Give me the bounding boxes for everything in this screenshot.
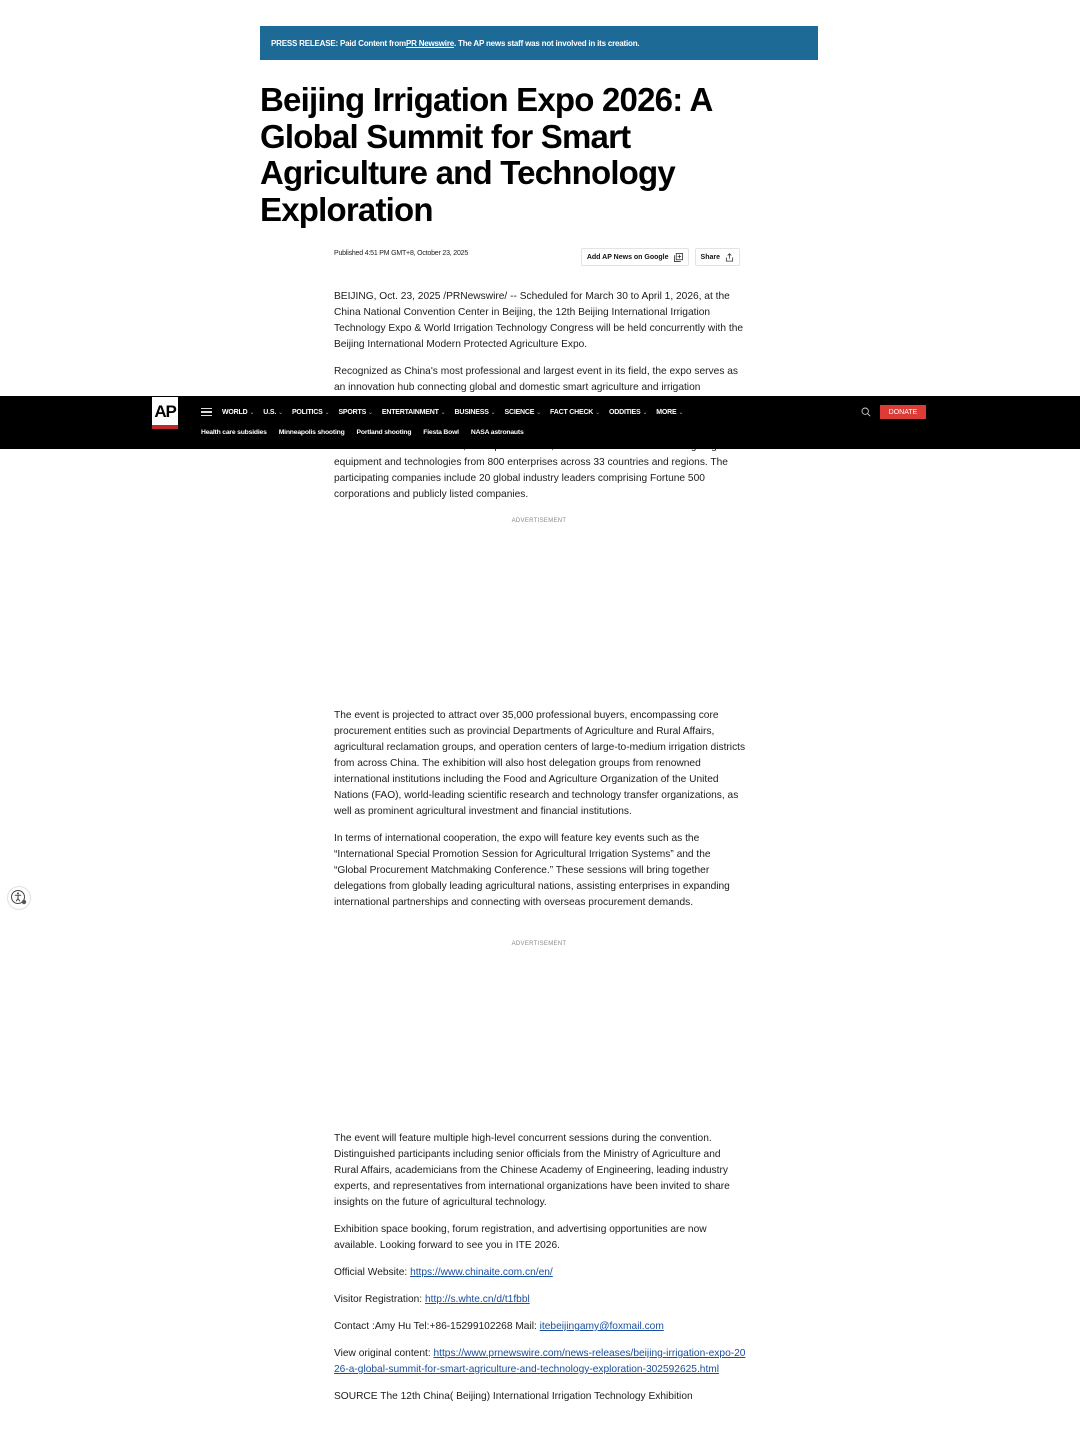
article-body-top: BEIJING, Oct. 23, 2025 /PRNewswire/ -- S… [334,289,746,407]
pr-newswire-link[interactable]: PR Newswire [406,39,454,48]
paragraph: Exhibition space booking, forum registra… [334,1222,746,1254]
chevron-down-icon: ⌄ [679,409,684,416]
paragraph: The event will feature multiple high-lev… [334,1131,746,1211]
nav-science[interactable]: SCIENCE⌄ [505,409,542,416]
banner-prefix: PRESS RELEASE: Paid Content from [271,39,406,48]
nav-politics[interactable]: POLITICS⌄ [292,409,330,416]
accessibility-icon [10,889,28,907]
paragraph: In terms of international cooperation, t… [334,831,746,911]
trending-link[interactable]: Health care subsidies [201,429,267,436]
meta-actions: Add AP News on Google Share [581,248,740,266]
ap-logo[interactable]: AP [152,397,178,429]
search-icon[interactable] [861,407,871,417]
donate-button[interactable]: DONATE [880,405,926,419]
original-content-line: View original content: https://www.prnew… [334,1346,746,1378]
paragraph: Recognized as China's most professional … [334,364,746,396]
share-button[interactable]: Share [695,248,740,266]
trending-link[interactable]: Fiesta Bowl [423,429,459,436]
paragraph: The event is projected to attract over 3… [334,708,746,820]
visitor-registration-link[interactable]: http://s.whte.cn/d/t1fbbl [425,1294,530,1305]
chevron-down-icon: ⌄ [441,409,446,416]
chevron-down-icon: ⌄ [536,409,541,416]
source-line: SOURCE The 12th China( Beijing) Internat… [334,1389,746,1405]
website-label: Official Website: [334,1267,410,1278]
trending-link[interactable]: Minneapolis shooting [279,429,345,436]
official-website-link[interactable]: https://www.chinaite.com.cn/en/ [410,1267,553,1278]
nav-fact-check[interactable]: FACT CHECK⌄ [550,409,600,416]
trending-links: Health care subsidies Minneapolis shooti… [201,429,524,436]
chevron-down-icon: ⌄ [278,409,283,416]
article-body-middle: The event is projected to attract over 3… [334,708,746,922]
paragraph: equipment and technologies from 800 ente… [334,455,746,503]
visitor-registration-line: Visitor Registration: http://s.whte.cn/d… [334,1292,746,1308]
add-ap-google-button[interactable]: Add AP News on Google [581,248,689,266]
contact-email-link[interactable]: itebeijingamy@foxmail.com [540,1321,664,1332]
chevron-down-icon: ⌄ [249,409,254,416]
nav-business[interactable]: BUSINESS⌄ [454,409,495,416]
paragraph: BEIJING, Oct. 23, 2025 /PRNewswire/ -- S… [334,289,746,353]
advertisement-label: ADVERTISEMENT [334,941,744,947]
hamburger-menu-icon[interactable] [201,408,212,416]
chevron-down-icon: ⌄ [491,409,496,416]
add-google-label: Add AP News on Google [587,254,669,261]
nav-more[interactable]: MORE⌄ [656,409,683,416]
trending-link[interactable]: Portland shooting [357,429,412,436]
chevron-down-icon: ⌄ [368,409,373,416]
nav-sports[interactable]: SPORTS⌄ [338,409,372,416]
article-body-continued: With an exhibition area of 30,000 square… [334,439,746,514]
contact-line: Contact :Amy Hu Tel:+86-15299102268 Mail… [334,1319,746,1335]
advertisement-label: ADVERTISEMENT [334,518,744,524]
nav-oddities[interactable]: ODDITIES⌄ [609,409,647,416]
visitor-label: Visitor Registration: [334,1294,425,1305]
trending-link[interactable]: NASA astronauts [471,429,524,436]
official-website-line: Official Website: https://www.chinaite.c… [334,1265,746,1281]
chevron-down-icon: ⌄ [642,409,647,416]
main-nav: WORLD⌄ U.S.⌄ POLITICS⌄ SPORTS⌄ ENTERTAIN… [201,406,683,418]
banner-suffix: . The AP news staff was not involved in … [454,39,639,48]
article-headline: Beijing Irrigation Expo 2026: A Global S… [260,82,800,228]
article-body-bottom: The event will feature multiple high-lev… [334,1131,746,1416]
article-meta: Published 4:51 PM GMT+8, October 23, 202… [334,248,740,268]
chevron-down-icon: ⌄ [325,409,330,416]
press-release-banner: PRESS RELEASE: Paid Content from PR News… [260,26,818,60]
original-label: View original content: [334,1348,433,1359]
contact-label: Contact :Amy Hu Tel:+86-15299102268 Mail… [334,1321,540,1332]
chevron-down-icon: ⌄ [595,409,600,416]
published-timestamp: Published 4:51 PM GMT+8, October 23, 202… [334,250,468,257]
nav-us[interactable]: U.S.⌄ [263,409,283,416]
add-source-icon [674,253,683,262]
nav-world[interactable]: WORLD⌄ [222,409,254,416]
nav-entertainment[interactable]: ENTERTAINMENT⌄ [382,409,446,416]
share-label: Share [701,254,720,261]
ap-navbar: AP WORLD⌄ U.S.⌄ POLITICS⌄ SPORTS⌄ ENTERT… [0,396,1080,449]
share-icon [725,253,734,262]
accessibility-button[interactable] [7,886,31,910]
